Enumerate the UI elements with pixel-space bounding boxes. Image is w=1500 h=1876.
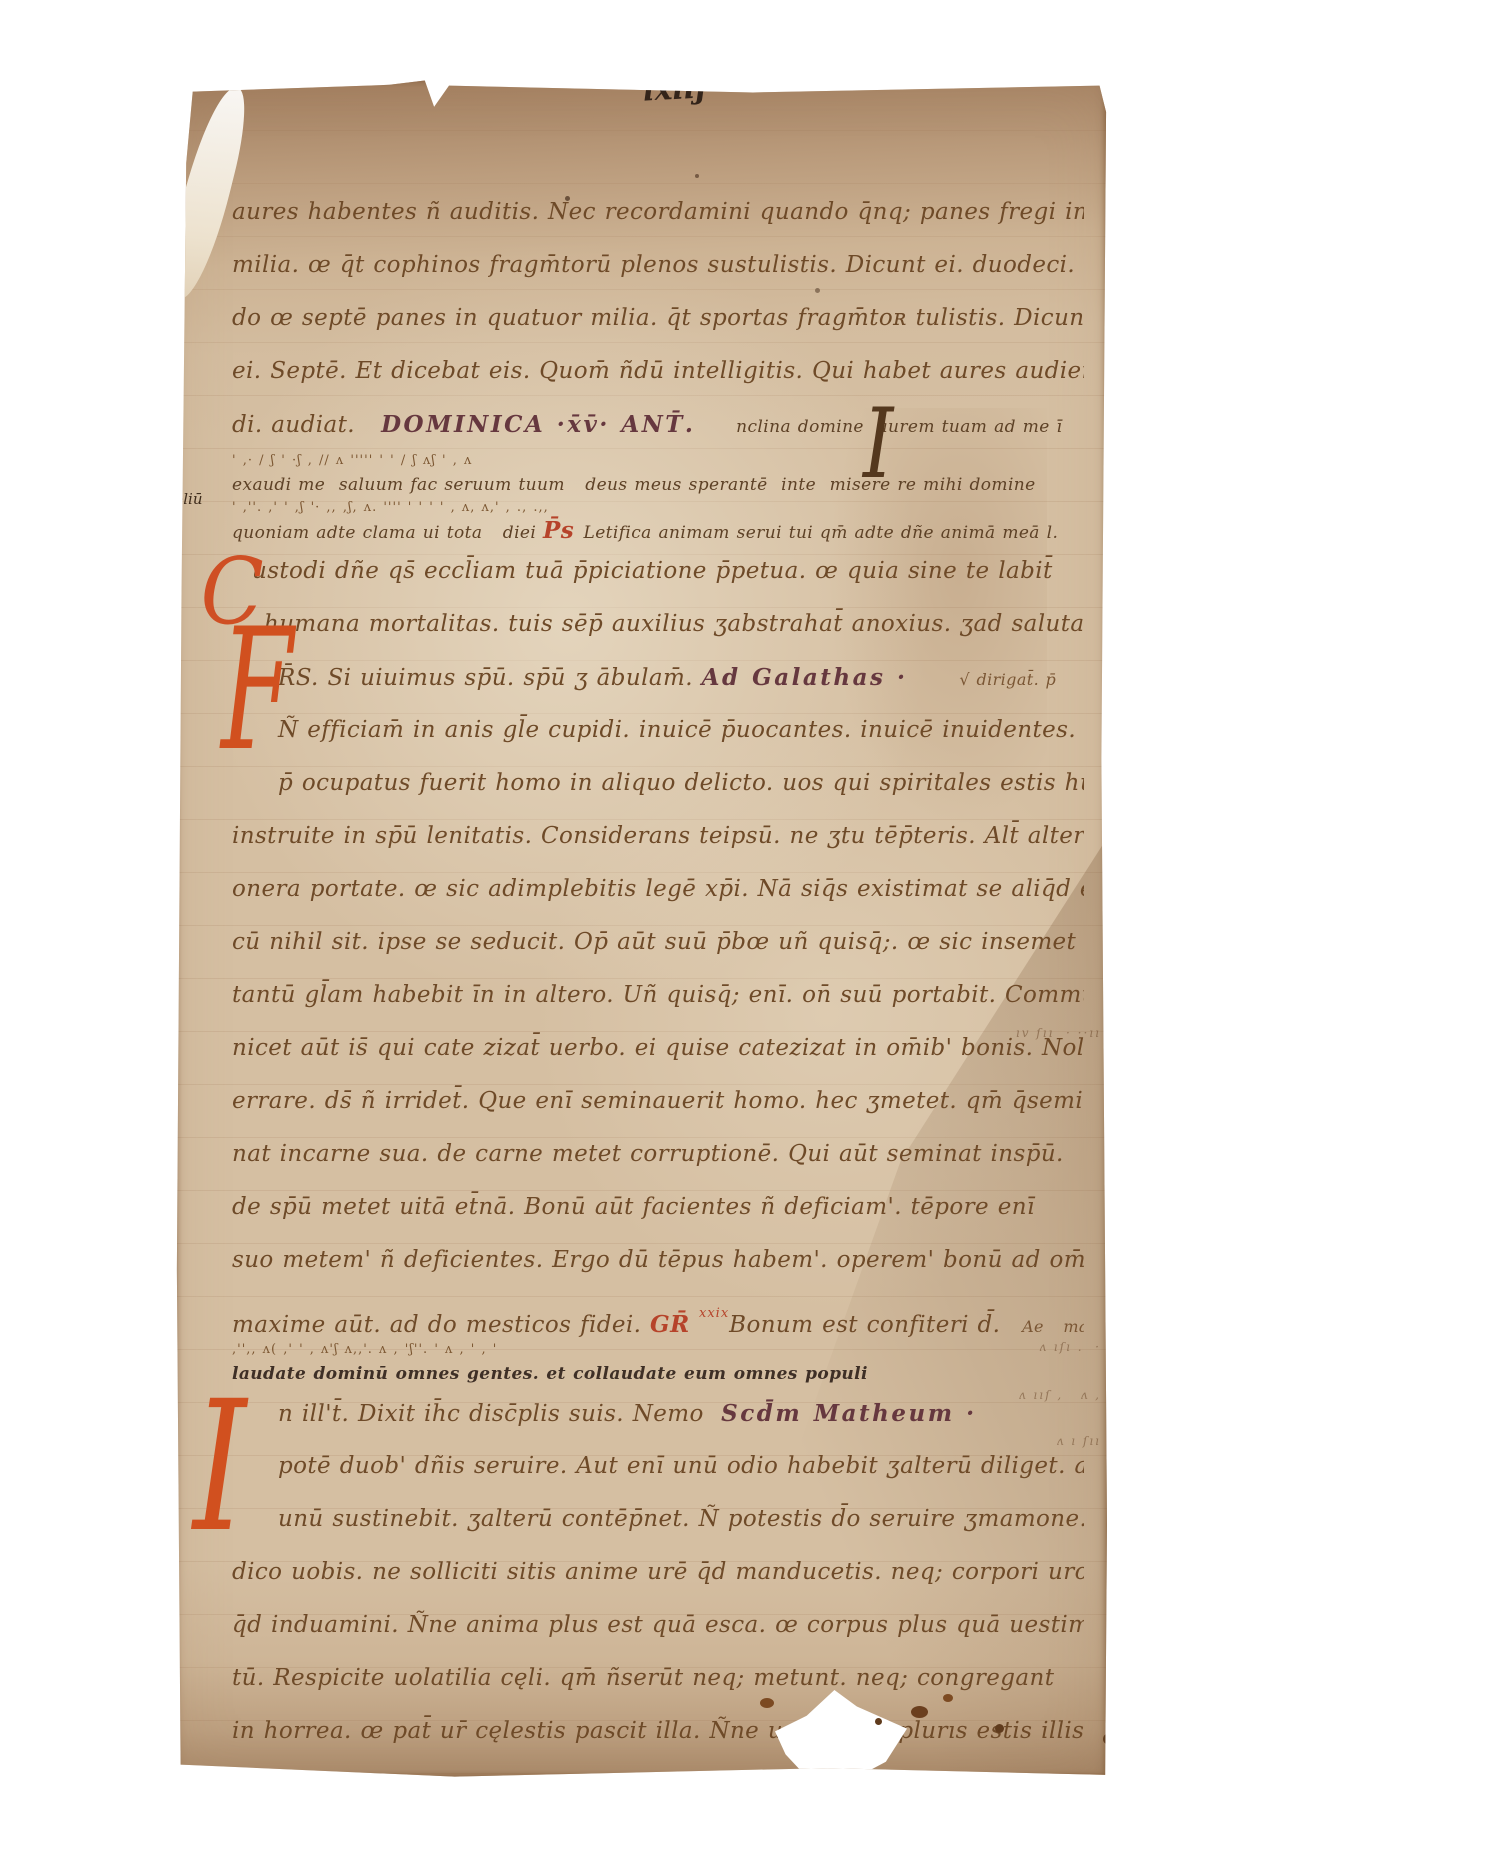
- text-segment-ink: nicet aūt is̄ qui cate zizat̄ uerbo. ei …: [232, 1035, 1084, 1061]
- text-segment-ink: in horrea. œ pat̄ ur̄ cęlestis pascit il…: [232, 1718, 1084, 1744]
- text-segment-sup: xxix: [699, 1306, 729, 1321]
- line-text: tū. Respicite uolatilia cęli. qm̄ ñserūt…: [232, 1652, 1084, 1705]
- ink-speck: [695, 174, 699, 178]
- text-segment-rubric: GR̄: [650, 1311, 699, 1338]
- text-segment-chantdark: laudate dominū omnes gentes. et collauda…: [232, 1364, 868, 1384]
- text-segment-ink: de sp̄ū metet uitā et̄nā. Bonū aūt facie…: [232, 1194, 1035, 1220]
- line-text: dico uobis. ne solliciti sitis anime urē…: [232, 1546, 1084, 1599]
- manuscript-line-28: q̄d induamini. Ñne anima plus est quā es…: [232, 1599, 1084, 1652]
- manuscript-line-19: nat incarne sua. de carne metet corrupti…: [232, 1128, 1084, 1181]
- wormhole: [760, 1698, 774, 1708]
- line-text: maxime aūt. ad do mesticos fidei. GR̄ xx…: [232, 1287, 1084, 1340]
- margin-mark-3: ʌ ııſ , ʌ ,: [1019, 1388, 1101, 1402]
- margin-mark-4: ʌ ı ſıı: [1057, 1434, 1101, 1448]
- text-segment-ink: n ill't̄. Dixit ih̄c disc̄plis suis. Nem…: [278, 1401, 721, 1427]
- line-text: tantū gl̄am habebit īn in altero. Uñ qui…: [232, 969, 1084, 1022]
- neume-row: ,'',, ʌ( ,' ' , ʌ'ʃ ʌ,,'. ʌ , 'ʃ''. ' ʌ …: [232, 1341, 1084, 1360]
- manuscript-line-1: aures habentes ñ auditis. Nec recordamin…: [232, 186, 1084, 239]
- manuscript-line-7: ' ,''. ,' ' ,ʃ '· ,, ,ʃ, ʌ. '''' ' ' ' '…: [232, 498, 1084, 545]
- text-segment-ink: humana mortalitas. tuis sēp̄ auxilius ʒa…: [264, 611, 1084, 637]
- line-text: laudate dominū omnes gentes. et collauda…: [232, 1360, 1084, 1385]
- line-text: milia. œ q̄t cophinos fragm̄torū plenos …: [232, 239, 1084, 292]
- manuscript-line-5: di. audiat. DOMINICA ·x̄v̄· ANT̄. nclina…: [232, 398, 1084, 451]
- line-text: p̄ ocupatus fuerit homo in aliquo delict…: [278, 757, 1084, 810]
- text-segment-ink: tū. Respicite uolatilia cęli. qm̄ ñserūt…: [232, 1665, 1054, 1691]
- manuscript-line-22: maxime aūt. ad do mesticos fidei. GR̄ xx…: [232, 1287, 1084, 1340]
- text-segment-ink: Bonum est confiteri d̄.: [729, 1312, 1009, 1338]
- text-column: aures habentes ñ auditis. Nec recordamin…: [232, 186, 1084, 1758]
- manuscript-line-25: potē duob' dñis seruire. Aut enī unū odi…: [232, 1440, 1084, 1493]
- margin-note: te foliū: [149, 490, 203, 508]
- ink-speck: [565, 196, 570, 201]
- wormhole: [943, 1694, 953, 1702]
- text-segment-ink: errare. ds̄ ñ irridet̄. Que enī seminaue…: [232, 1088, 1083, 1114]
- manuscript-photo: lxiij te foliū aures habentes ñ auditis.…: [0, 0, 1500, 1876]
- margin-mark-2: ʌ ıſı . ·: [1039, 1340, 1101, 1354]
- wormhole: [911, 1706, 928, 1718]
- manuscript-line-29: tū. Respicite uolatilia cęli. qm̄ ñserūt…: [232, 1652, 1084, 1705]
- text-segment-ink: R̄S. Si uiuimus sp̄ū. sp̄ū ʒ ābulam̄.: [278, 665, 702, 691]
- line-text: de sp̄ū metet uitā et̄nā. Bonū aūt facie…: [232, 1181, 1084, 1234]
- text-segment-ink: milia. œ q̄t cophinos fragm̄torū plenos …: [232, 252, 1084, 278]
- manuscript-line-14: onera portate. œ sic adimplebitis legē x…: [232, 863, 1084, 916]
- text-segment-ink: instruite in sp̄ū lenitatis. Considerans…: [232, 823, 1084, 849]
- text-segment-ink: ustodi dñe qs̄ eccl̄iam tuā p̄piciatione…: [252, 558, 1053, 584]
- text-segment-ink: do œ septē panes in quatuor milia. q̄t s…: [232, 305, 1084, 331]
- text-segment-ink: di. audiat.: [232, 412, 381, 438]
- text-segment-rubdark: DOMINICA ·x̄v̄· ANT̄.: [381, 411, 695, 438]
- line-text: q̄d induamini. Ñne anima plus est quā es…: [232, 1599, 1084, 1652]
- wormhole: [875, 1718, 882, 1725]
- manuscript-line-20: de sp̄ū metet uitā et̄nā. Bonū aūt facie…: [232, 1181, 1084, 1234]
- text-segment-rubdark: Scd̄m Matheum ·: [721, 1400, 976, 1427]
- manuscript-line-10: R̄S. Si uiuimus sp̄ū. sp̄ū ʒ ābulam̄. Ad…: [232, 651, 1084, 704]
- text-segment-rubdark: Ad Galathas ·: [702, 664, 908, 691]
- margin-mark-1: ıv ſıı · ··ıı: [1016, 1026, 1101, 1040]
- line-text: instruite in sp̄ū lenitatis. Considerans…: [232, 810, 1084, 863]
- line-text: n ill't̄. Dixit ih̄c disc̄plis suis. Nem…: [278, 1387, 1084, 1440]
- text-segment-ink: dico uobis. ne solliciti sitis anime urē…: [232, 1559, 1084, 1585]
- manuscript-line-23: ,'',, ʌ( ,' ' , ʌ'ʃ ʌ,,'. ʌ , 'ʃ''. ' ʌ …: [232, 1340, 1084, 1387]
- line-text: potē duob' dñis seruire. Aut enī unū odi…: [278, 1440, 1084, 1493]
- line-text: onera portate. œ sic adimplebitis legē x…: [232, 863, 1084, 916]
- manuscript-line-17: nicet aūt is̄ qui cate zizat̄ uerbo. ei …: [232, 1022, 1084, 1075]
- initial-letter-inclina: I: [863, 396, 893, 492]
- text-segment-small: Ae ma: [1009, 1317, 1084, 1336]
- line-text: ustodi dñe qs̄ eccl̄iam tuā p̄piciatione…: [252, 545, 1084, 598]
- manuscript-line-9: humana mortalitas. tuis sēp̄ auxilius ʒa…: [232, 598, 1084, 651]
- manuscript-line-6: ' ,· / ʃ ' ·ʃ , // ʌ ''''' ' ' / ʃ ʌʃ ' …: [232, 451, 1084, 498]
- manuscript-line-27: dico uobis. ne solliciti sitis anime urē…: [232, 1546, 1084, 1599]
- neume-row: ' ,''. ,' ' ,ʃ '· ,, ,ʃ, ʌ. '''' ' ' ' '…: [232, 499, 1084, 518]
- line-text: do œ septē panes in quatuor milia. q̄t s…: [232, 292, 1084, 345]
- text-segment-ink: onera portate. œ sic adimplebitis legē x…: [232, 876, 1084, 902]
- initial-letter-fratres: F: [221, 606, 293, 774]
- manuscript-line-21: suo metem' ñ deficientes. Ergo dū tēpus …: [232, 1234, 1084, 1287]
- manuscript-line-3: do œ septē panes in quatuor milia. q̄t s…: [232, 292, 1084, 345]
- line-text: di. audiat. DOMINICA ·x̄v̄· ANT̄. nclina…: [232, 398, 1084, 451]
- text-segment-ink: nat incarne sua. de carne metet corrupti…: [232, 1141, 1064, 1167]
- text-segment-chantseg: exaudi me saluum fac seruum tuum deus me…: [232, 475, 1036, 495]
- line-text: R̄S. Si uiuimus sp̄ū. sp̄ū ʒ ābulam̄. Ad…: [278, 651, 1084, 704]
- wormhole: [1103, 1734, 1111, 1744]
- manuscript-line-13: instruite in sp̄ū lenitatis. Considerans…: [232, 810, 1084, 863]
- text-segment-ink: tantū gl̄am habebit īn in altero. Uñ qui…: [232, 982, 1084, 1008]
- line-text: aures habentes ñ auditis. Nec recordamin…: [232, 186, 1084, 239]
- line-text: suo metem' ñ deficientes. Ergo dū tēpus …: [232, 1234, 1084, 1287]
- manuscript-line-16: tantū gl̄am habebit īn in altero. Uñ qui…: [232, 969, 1084, 1022]
- line-text: nicet aūt is̄ qui cate zizat̄ uerbo. ei …: [232, 1022, 1084, 1075]
- text-segment-ink: aures habentes ñ auditis. Nec recordamin…: [232, 199, 1084, 225]
- text-segment-ink: cū nihil sit. ipse se seducit. Op̄ aūt s…: [232, 929, 1084, 955]
- text-segment-ink: unū sustinebit. ʒalterū contēp̄net. Ñ po…: [278, 1506, 1084, 1532]
- manuscript-line-12: p̄ ocupatus fuerit homo in aliquo delict…: [232, 757, 1084, 810]
- neume-row: ' ,· / ʃ ' ·ʃ , // ʌ ''''' ' ' / ʃ ʌʃ ' …: [232, 452, 1084, 471]
- manuscript-line-26: unū sustinebit. ʒalterū contēp̄net. Ñ po…: [232, 1493, 1084, 1546]
- line-text: in horrea. œ pat̄ ur̄ cęlestis pascit il…: [232, 1705, 1084, 1758]
- initial-letter-in-illo: I: [193, 1378, 246, 1558]
- text-segment-ink: maxime aūt. ad do mesticos fidei.: [232, 1312, 650, 1338]
- text-segment-ink: ei. Septē. Et dicebat eis. Quom̄ ñdū int…: [232, 358, 1084, 384]
- manuscript-leaf: lxiij te foliū aures habentes ñ auditis.…: [175, 78, 1107, 1780]
- manuscript-line-2: milia. œ q̄t cophinos fragm̄torū plenos …: [232, 239, 1084, 292]
- line-text: exaudi me saluum fac seruum tuum deus me…: [232, 471, 1084, 496]
- manuscript-line-15: cū nihil sit. ipse se seducit. Op̄ aūt s…: [232, 916, 1084, 969]
- text-segment-ink: suo metem' ñ deficientes. Ergo dū tēpus …: [232, 1247, 1084, 1273]
- line-text: humana mortalitas. tuis sēp̄ auxilius ʒa…: [264, 598, 1084, 651]
- manuscript-line-24: n ill't̄. Dixit ih̄c disc̄plis suis. Nem…: [232, 1387, 1084, 1440]
- line-text: cū nihil sit. ipse se seducit. Op̄ aūt s…: [232, 916, 1084, 969]
- text-segment-ink: q̄d induamini. Ñne anima plus est quā es…: [232, 1612, 1084, 1638]
- text-segment-ink: Ñ efficiam̄ in anis gl̄e cupidi. inuicē …: [278, 717, 1084, 743]
- wormhole: [995, 1724, 1004, 1733]
- text-segment-ink: potē duob' dñis seruire. Aut enī unū odi…: [278, 1453, 1084, 1479]
- line-text: quoniam adte clama ui tota diei P̄s Leti…: [232, 518, 1084, 543]
- manuscript-line-8: ustodi dñe qs̄ eccl̄iam tuā p̄piciatione…: [232, 545, 1084, 598]
- line-text: ei. Septē. Et dicebat eis. Quom̄ ñdū int…: [232, 345, 1084, 398]
- text-segment-ink: p̄ ocupatus fuerit homo in aliquo delict…: [278, 770, 1084, 796]
- text-segment-chantseg: Letifica animam serui tui qm̄ adte dñe a…: [584, 523, 1059, 543]
- line-text: errare. ds̄ ñ irridet̄. Que enī seminaue…: [232, 1075, 1084, 1128]
- folio-mark: lxiij: [642, 70, 707, 108]
- ink-speck: [815, 288, 820, 293]
- line-text: nat incarne sua. de carne metet corrupti…: [232, 1128, 1084, 1181]
- text-segment-chantseg: quoniam adte clama ui tota diei: [232, 523, 543, 543]
- line-text: unū sustinebit. ʒalterū contēp̄net. Ñ po…: [278, 1493, 1084, 1546]
- line-text: Ñ efficiam̄ in anis gl̄e cupidi. inuicē …: [278, 704, 1084, 757]
- text-segment-rubric: P̄s: [543, 517, 583, 544]
- manuscript-line-18: errare. ds̄ ñ irridet̄. Que enī seminaue…: [232, 1075, 1084, 1128]
- manuscript-line-11: Ñ efficiam̄ in anis gl̄e cupidi. inuicē …: [232, 704, 1084, 757]
- text-segment-small: √ dirigat̄. p̄: [907, 670, 1056, 689]
- manuscript-line-30: in horrea. œ pat̄ ur̄ cęlestis pascit il…: [232, 1705, 1084, 1758]
- manuscript-line-4: ei. Septē. Et dicebat eis. Quom̄ ñdū int…: [232, 345, 1084, 398]
